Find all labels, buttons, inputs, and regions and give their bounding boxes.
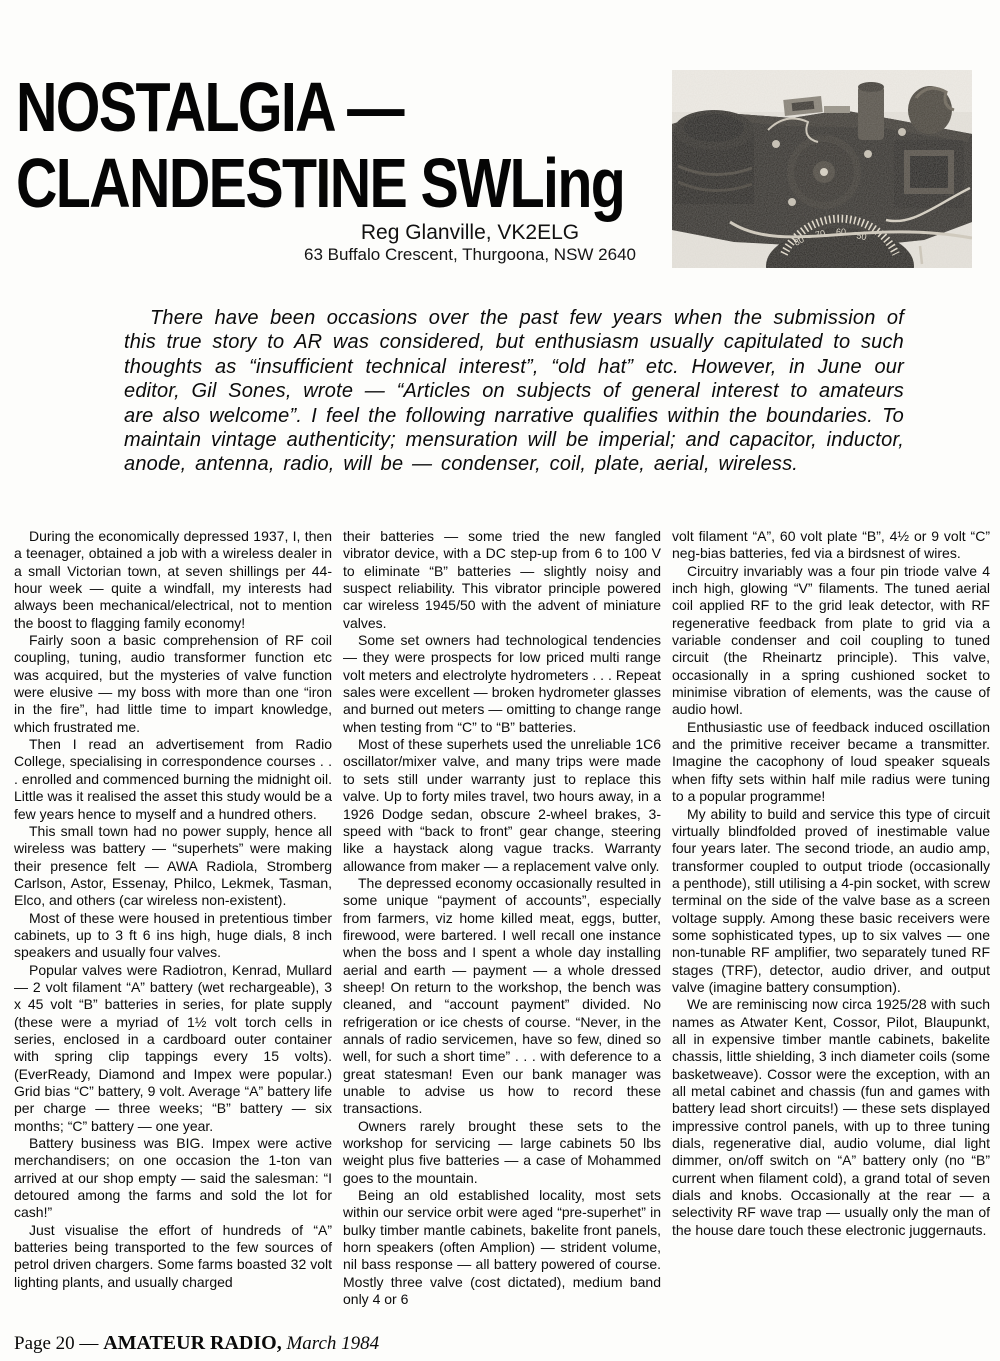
paragraph: During the economically depressed 1937, …: [14, 528, 332, 632]
radio-chassis-illustration: 80 70 60 50: [672, 70, 972, 268]
paragraph: This small town had no power supply, hen…: [14, 823, 332, 910]
article-title-line-2: CLANDESTINE SWLing: [16, 148, 624, 218]
paragraph: Most of these were housed in pretentious…: [14, 910, 332, 962]
paragraph: The depressed economy occasionally resul…: [343, 875, 661, 1118]
paragraph: Fairly soon a basic comprehension of RF …: [14, 632, 332, 736]
paragraph: Just visualise the effort of hundreds of…: [14, 1222, 332, 1291]
column-2: their batteries — some tried the new fan…: [343, 528, 661, 1308]
paragraph: Circuitry invariably was a four pin trio…: [672, 563, 990, 719]
intro-paragraph: There have been occasions over the past …: [124, 306, 904, 477]
paragraph: Being an old established locality, most …: [343, 1187, 661, 1308]
paragraph: My ability to build and service this typ…: [672, 806, 990, 997]
paragraph: volt filament “A”, 60 volt plate “B”, 4½…: [672, 528, 990, 563]
paragraph: Owners rarely brought these sets to the …: [343, 1118, 661, 1187]
paragraph: Popular valves were Radiotron, Kenrad, M…: [14, 962, 332, 1135]
paragraph: Then I read an advertisement from Radio …: [14, 736, 332, 823]
paragraph: Enthusiastic use of feedback induced osc…: [672, 719, 990, 806]
footer-page-number: Page 20 —: [14, 1333, 103, 1354]
paragraph: We are reminiscing now circa 1925/28 wit…: [672, 996, 990, 1239]
footer-magazine-name: AMATEUR RADIO,: [103, 1332, 282, 1354]
paragraph: Battery business was BIG. Impex were act…: [14, 1135, 332, 1222]
column-1: During the economically depressed 1937, …: [14, 528, 332, 1291]
paragraph: Some set owners had technological tenden…: [343, 632, 661, 736]
paragraph: their batteries — some tried the new fan…: [343, 528, 661, 632]
footer-issue-date: March 1984: [282, 1333, 379, 1354]
magazine-page: NOSTALGIA — CLANDESTINE SWLing Reg Glanv…: [0, 0, 1000, 1361]
article-title-line-1: NOSTALGIA —: [16, 72, 403, 142]
page-footer: Page 20 — AMATEUR RADIO, March 1984: [14, 1332, 379, 1355]
paragraph: Most of these superhets used the unrelia…: [343, 736, 661, 875]
radio-chassis-photo: 80 70 60 50: [672, 70, 972, 268]
column-3: volt filament “A”, 60 volt plate “B”, 4½…: [672, 528, 990, 1239]
